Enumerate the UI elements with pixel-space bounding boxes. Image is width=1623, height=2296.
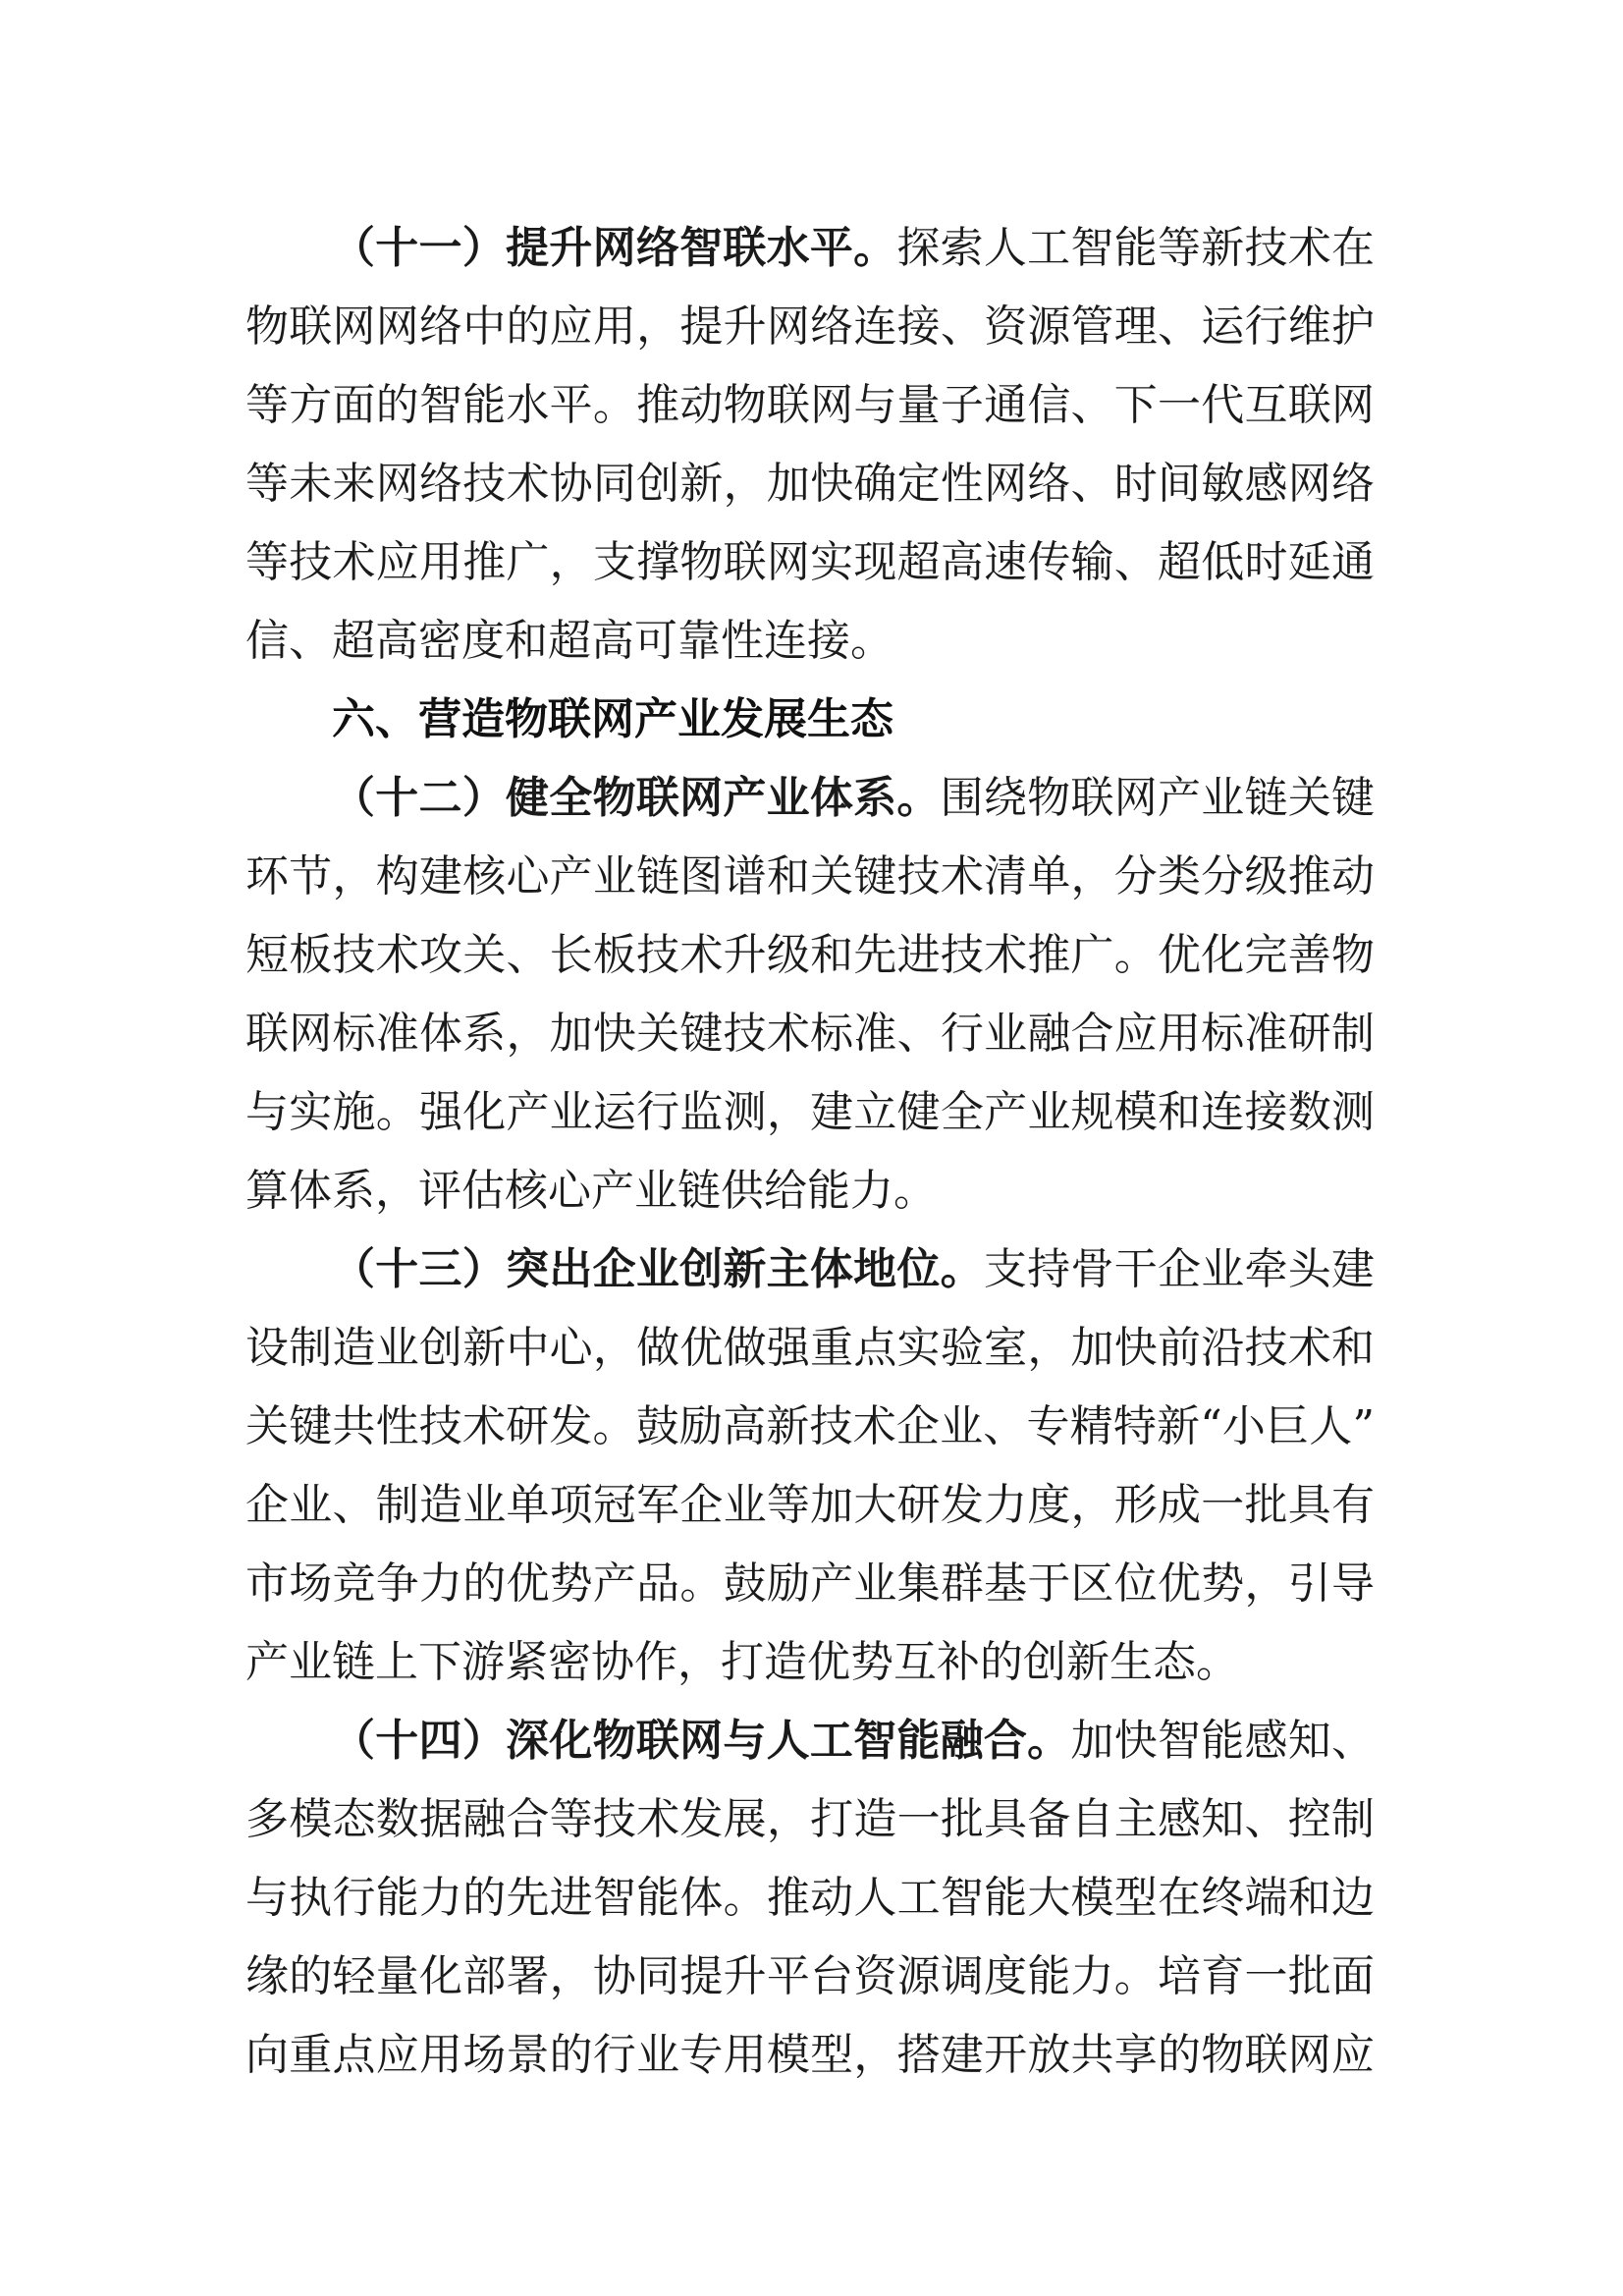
line-text: 企业、制造业单项冠军企业等加大研发力度，形成一批具有 (245, 1480, 1375, 1530)
line-text: 短板技术攻关、长板技术升级和先进技术推广。优化完善物 (245, 930, 1375, 980)
paragraph-13-line-2: 设制造业创新中心，做优做强重点实验室，加快前沿技术和 (245, 1309, 1375, 1388)
section-heading-6: 六、营造物联网产业发展生态 (245, 681, 1375, 759)
paragraph-14-line-5: 向重点应用场景的行业专用模型，搭建开放共享的物联网应 (245, 2016, 1375, 2095)
document-text-block: （十一）提升网络智联水平。探索人工智能等新技术在 物联网网络中的应用，提升网络连… (245, 209, 1375, 2095)
line-text: 缘的轻量化部署，协同提升平台资源调度能力。培育一批面 (245, 1951, 1375, 2001)
line-text: 等未来网络技术协同创新，加快确定性网络、时间敏感网络 (245, 459, 1375, 509)
paragraph-12-line-6: 算体系，评估核心产业链供给能力。 (245, 1152, 1375, 1230)
line-text: 市场竞争力的优势产品。鼓励产业集群基于区位优势，引导 (245, 1558, 1375, 1609)
paragraph-12-line-3: 短板技术攻关、长板技术升级和先进技术推广。优化完善物 (245, 916, 1375, 995)
paragraph-11-line-5: 等技术应用推广，支撑物联网实现超高速传输、超低时延通 (245, 523, 1375, 602)
paragraph-13-line-3: 关键共性技术研发。鼓励高新技术企业、专精特新“小巨人” (245, 1388, 1375, 1466)
paragraph-11-line-2: 物联网网络中的应用，提升网络连接、资源管理、运行维护 (245, 288, 1375, 366)
line-text: 设制造业创新中心，做优做强重点实验室，加快前沿技术和 (245, 1323, 1375, 1373)
paragraph-14-line-2: 多模态数据融合等技术发展，打造一批具备自主感知、控制 (245, 1780, 1375, 1859)
line-text: 联网标准体系，加快关键技术标准、行业融合应用标准研制 (245, 1009, 1375, 1059)
line-text: 向重点应用场景的行业专用模型，搭建开放共享的物联网应 (245, 2030, 1375, 2080)
paragraph-13-line-4: 企业、制造业单项冠军企业等加大研发力度，形成一批具有 (245, 1466, 1375, 1545)
paragraph-13-text: 支持骨干企业牵头建 (984, 1244, 1375, 1294)
paragraph-11-lead: （十一）提升网络智联水平。 (332, 223, 896, 273)
section-heading-text: 六、营造物联网产业发展生态 (332, 694, 893, 744)
line-text: 信、超高密度和超高可靠性连接。 (245, 616, 893, 666)
paragraph-14-line-4: 缘的轻量化部署，协同提升平台资源调度能力。培育一批面 (245, 1938, 1375, 2016)
paragraph-13-line-6: 产业链上下游紧密协作，打造优势互补的创新生态。 (245, 1623, 1375, 1702)
line-text: 算体系，评估核心产业链供给能力。 (245, 1166, 937, 1216)
paragraph-11-text: 探索人工智能等新技术在 (896, 223, 1375, 273)
paragraph-14-line-1: （十四）深化物联网与人工智能融合。加快智能感知、 (245, 1702, 1375, 1780)
paragraph-14-text: 加快智能感知、 (1070, 1716, 1375, 1766)
paragraph-12-line-4: 联网标准体系，加快关键技术标准、行业融合应用标准研制 (245, 995, 1375, 1073)
paragraph-13-lead: （十三）突出企业创新主体地位。 (332, 1244, 984, 1294)
paragraph-11-line-1: （十一）提升网络智联水平。探索人工智能等新技术在 (245, 209, 1375, 288)
paragraph-12-line-5: 与实施。强化产业运行监测，建立健全产业规模和连接数测 (245, 1073, 1375, 1152)
line-text: 与实施。强化产业运行监测，建立健全产业规模和连接数测 (245, 1087, 1375, 1137)
paragraph-11-line-4: 等未来网络技术协同创新，加快确定性网络、时间敏感网络 (245, 445, 1375, 523)
paragraph-14-lead: （十四）深化物联网与人工智能融合。 (332, 1716, 1070, 1766)
paragraph-11-line-6: 信、超高密度和超高可靠性连接。 (245, 602, 1375, 681)
document-page: （十一）提升网络智联水平。探索人工智能等新技术在 物联网网络中的应用，提升网络连… (0, 0, 1623, 2296)
line-text: 环节，构建核心产业链图谱和关键技术清单，分类分级推动 (245, 851, 1375, 902)
paragraph-13-line-1: （十三）突出企业创新主体地位。支持骨干企业牵头建 (245, 1230, 1375, 1309)
paragraph-12-line-2: 环节，构建核心产业链图谱和关键技术清单，分类分级推动 (245, 838, 1375, 916)
paragraph-12-line-1: （十二）健全物联网产业体系。围绕物联网产业链关键 (245, 759, 1375, 838)
line-text: 等技术应用推广，支撑物联网实现超高速传输、超低时延通 (245, 537, 1375, 587)
line-text: 等方面的智能水平。推动物联网与量子通信、下一代互联网 (245, 380, 1375, 430)
paragraph-12-lead: （十二）健全物联网产业体系。 (332, 773, 941, 823)
paragraph-14-line-3: 与执行能力的先进智能体。推动人工智能大模型在终端和边 (245, 1859, 1375, 1938)
line-text: 物联网网络中的应用，提升网络连接、资源管理、运行维护 (245, 301, 1375, 352)
line-text: 关键共性技术研发。鼓励高新技术企业、专精特新“小巨人” (245, 1401, 1375, 1451)
line-text: 产业链上下游紧密协作，打造优势互补的创新生态。 (245, 1637, 1239, 1687)
line-text: 多模态数据融合等技术发展，打造一批具备自主感知、控制 (245, 1794, 1375, 1844)
paragraph-13-line-5: 市场竞争力的优势产品。鼓励产业集群基于区位优势，引导 (245, 1545, 1375, 1623)
line-text: 与执行能力的先进智能体。推动人工智能大模型在终端和边 (245, 1873, 1375, 1923)
paragraph-12-text: 围绕物联网产业链关键 (941, 773, 1375, 823)
paragraph-11-line-3: 等方面的智能水平。推动物联网与量子通信、下一代互联网 (245, 366, 1375, 445)
